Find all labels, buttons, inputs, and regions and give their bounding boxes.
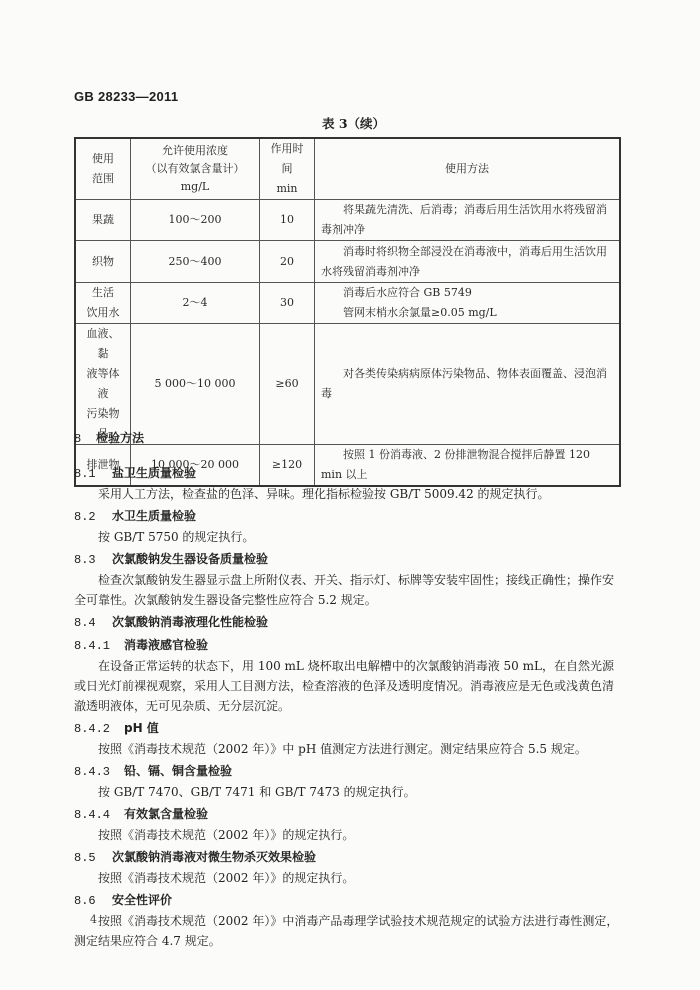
section-number: 8.4.2 xyxy=(74,719,124,739)
section-title: 次氯酸钠发生器设备质量检验 xyxy=(112,552,268,566)
section-text-8-4-3: 按 GB/T 7470、GB/T 7471 和 GB/T 7473 的规定执行。 xyxy=(74,782,622,802)
header-scope-line: 范围 xyxy=(82,169,124,189)
scope-line: 液等体液 xyxy=(82,364,124,404)
section-title: 水卫生质量检验 xyxy=(112,509,196,523)
section-number: 8.4 xyxy=(74,613,112,633)
section-text-8-4-1: 在设备正常运转的状态下，用 100 mL 烧杯取出电解槽中的次氯酸钠消毒液 50… xyxy=(74,656,622,716)
scope-line: 生活 xyxy=(82,283,124,303)
scope-line: 饮用水 xyxy=(82,303,124,323)
section-heading-8-5: 8.5次氯酸钠消毒液对微生物杀灭效果检验 xyxy=(74,847,622,868)
section-heading-8-4-1: 8.4.1消毒液感官检验 xyxy=(74,635,622,656)
section-title: 消毒液感官检验 xyxy=(124,638,208,652)
section-title: 次氯酸钠消毒液对微生物杀灭效果检验 xyxy=(112,850,316,864)
method-text: 管网末梢水余氯量≥0.05 mg/L xyxy=(321,303,613,323)
section-text-8-1: 采用人工方法，检查盐的色泽、异味。理化指标检验按 GB/T 5009.42 的规… xyxy=(74,484,622,504)
method-text: 将果蔬先清洗、后消毒；消毒后用生活饮用水将残留消毒剂冲净 xyxy=(321,200,613,240)
section-text-8-4-4: 按照《消毒技术规范（2002 年）》的规定执行。 xyxy=(74,825,622,845)
section-heading-8-6: 8.6安全性评价 xyxy=(74,890,622,911)
header-concentration: 允许使用浓度 （以有效氯含量计） mg/L xyxy=(131,138,260,200)
cell-method: 消毒时将织物全部浸没在消毒液中，消毒后用生活饮用水将残留消毒剂冲净 xyxy=(315,241,621,283)
cell-concentration: 100～200 xyxy=(131,200,260,241)
section-text-8-5: 按照《消毒技术规范（2002 年）》的规定执行。 xyxy=(74,868,622,888)
section-title: 有效氯含量检验 xyxy=(124,807,208,821)
section-number: 8.2 xyxy=(74,507,112,527)
cell-concentration: 250～400 xyxy=(131,241,260,283)
cell-scope: 果蔬 xyxy=(75,200,131,241)
section-text-8-2: 按 GB/T 5750 的规定执行。 xyxy=(74,527,622,547)
standard-code: GB 28233—2011 xyxy=(74,89,178,104)
section-title: 铅、镉、铜含量检验 xyxy=(124,764,232,778)
header-concentration-line: 允许使用浓度 xyxy=(137,142,253,160)
section-number: 8.4.4 xyxy=(74,805,124,825)
header-scope: 使用 范围 xyxy=(75,138,131,200)
table-row: 果蔬 100～200 10 将果蔬先清洗、后消毒；消毒后用生活饮用水将残留消毒剂… xyxy=(75,200,620,241)
table-header-row: 使用 范围 允许使用浓度 （以有效氯含量计） mg/L 作用时间 min 使用方… xyxy=(75,138,620,200)
section-text-8-3: 检查次氯酸钠发生器显示盘上所附仪表、开关、指示灯、标牌等安装牢固性；接线正确性；… xyxy=(74,570,622,610)
header-concentration-line: mg/L xyxy=(137,178,253,196)
section-number: 8.5 xyxy=(74,848,112,868)
page-number: 4 xyxy=(90,913,97,926)
cell-time: 30 xyxy=(260,283,315,324)
section-number: 8 xyxy=(74,429,96,449)
section-heading-8-1: 8.1盐卫生质量检验 xyxy=(74,463,622,484)
cell-time: 20 xyxy=(260,241,315,283)
header-time: 作用时间 min xyxy=(260,138,315,200)
section-title: pH 值 xyxy=(124,721,159,735)
section-text-8-4-2: 按照《消毒技术规范（2002 年）》中 pH 值测定方法进行测定。测定结果应符合… xyxy=(74,739,622,759)
section-title: 盐卫生质量检验 xyxy=(112,466,196,480)
table-row: 生活 饮用水 2～4 30 消毒后水应符合 GB 5749 管网末梢水余氯量≥0… xyxy=(75,283,620,324)
section-heading-8-4-3: 8.4.3铅、镉、铜含量检验 xyxy=(74,761,622,782)
cell-time: 10 xyxy=(260,200,315,241)
section-heading-8-4-4: 8.4.4有效氯含量检验 xyxy=(74,804,622,825)
cell-scope: 织物 xyxy=(75,241,131,283)
header-concentration-line: （以有效氯含量计） xyxy=(137,160,253,178)
section-number: 8.1 xyxy=(74,464,112,484)
section-heading-8: 8检验方法 xyxy=(74,428,622,449)
cell-scope: 生活 饮用水 xyxy=(75,283,131,324)
method-text: 对各类传染病病原体污染物品、物体表面覆盖、浸泡消毒 xyxy=(321,364,613,404)
header-time-line: 作用时间 xyxy=(266,139,308,179)
section-heading-8-4: 8.4次氯酸钠消毒液理化性能检验 xyxy=(74,612,622,633)
table-caption: 表 3（续） xyxy=(322,114,385,132)
section-title: 次氯酸钠消毒液理化性能检验 xyxy=(112,615,268,629)
cell-concentration: 2～4 xyxy=(131,283,260,324)
method-text: 消毒后水应符合 GB 5749 xyxy=(321,283,613,303)
cell-method: 将果蔬先清洗、后消毒；消毒后用生活饮用水将残留消毒剂冲净 xyxy=(315,200,621,241)
method-text: 消毒时将织物全部浸没在消毒液中，消毒后用生活饮用水将残留消毒剂冲净 xyxy=(321,242,613,282)
section-title: 安全性评价 xyxy=(112,893,172,907)
section-text-8-6: 按照《消毒技术规范（2002 年）》中消毒产品毒理学试验技术规范规定的试验方法进… xyxy=(74,911,622,951)
scope-line: 血液、黏 xyxy=(82,324,124,364)
section-number: 8.6 xyxy=(74,891,112,911)
section-number: 8.4.3 xyxy=(74,762,124,782)
section-8-body: 8检验方法 8.1盐卫生质量检验 采用人工方法，检查盐的色泽、异味。理化指标检验… xyxy=(74,426,622,951)
header-scope-line: 使用 xyxy=(82,149,124,169)
section-heading-8-3: 8.3次氯酸钠发生器设备质量检验 xyxy=(74,549,622,570)
section-number: 8.4.1 xyxy=(74,636,124,656)
cell-method: 消毒后水应符合 GB 5749 管网末梢水余氯量≥0.05 mg/L xyxy=(315,283,621,324)
section-title: 检验方法 xyxy=(96,431,144,445)
section-heading-8-4-2: 8.4.2pH 值 xyxy=(74,718,622,739)
table-row: 织物 250～400 20 消毒时将织物全部浸没在消毒液中，消毒后用生活饮用水将… xyxy=(75,241,620,283)
section-number: 8.3 xyxy=(74,550,112,570)
header-method: 使用方法 xyxy=(315,138,621,200)
section-heading-8-2: 8.2水卫生质量检验 xyxy=(74,506,622,527)
header-time-line: min xyxy=(266,179,308,199)
